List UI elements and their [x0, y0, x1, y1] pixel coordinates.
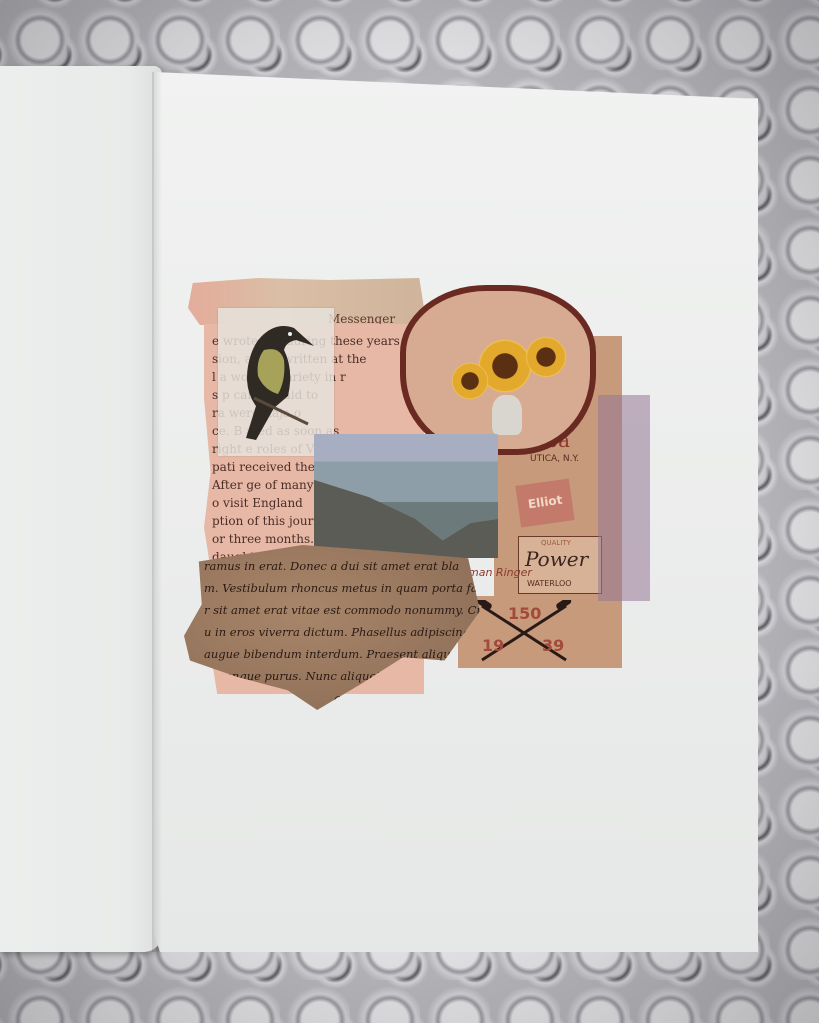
sunflower-icon: [450, 361, 490, 401]
cliff-shape: [314, 471, 498, 558]
ticket-number-top: 150: [508, 604, 541, 623]
notebook-gutter: [152, 72, 162, 952]
ringer-ad-text: man Ringer: [468, 566, 532, 579]
purple-washi-tape: [598, 395, 650, 601]
elliot-label: Elliot: [515, 478, 574, 527]
waterloo-text: WATERLOO: [527, 579, 572, 588]
quality-text: QUALITY: [541, 539, 571, 547]
ticket-year-right: 39: [542, 636, 564, 655]
sunflower-icon: [524, 335, 568, 379]
crossed-oars-ticket: 150 19 39 man Ringer: [458, 596, 620, 668]
vase-icon: [492, 395, 522, 435]
power-text: Power: [525, 547, 588, 571]
notebook-left-page: [0, 66, 162, 952]
ad-city-text: UTICA, N.Y.: [530, 454, 579, 464]
sunflower-frame-sticker: [400, 285, 596, 455]
coastal-landscape-photo: [314, 434, 498, 558]
messenger-text: Messenger: [328, 312, 395, 326]
power-ad-card: QUALITY Power WATERLOO: [518, 536, 602, 594]
elliot-text: Elliot: [527, 493, 563, 512]
ticket-year-left: 19: [482, 636, 504, 655]
toucan-bird-icon: [234, 320, 320, 446]
